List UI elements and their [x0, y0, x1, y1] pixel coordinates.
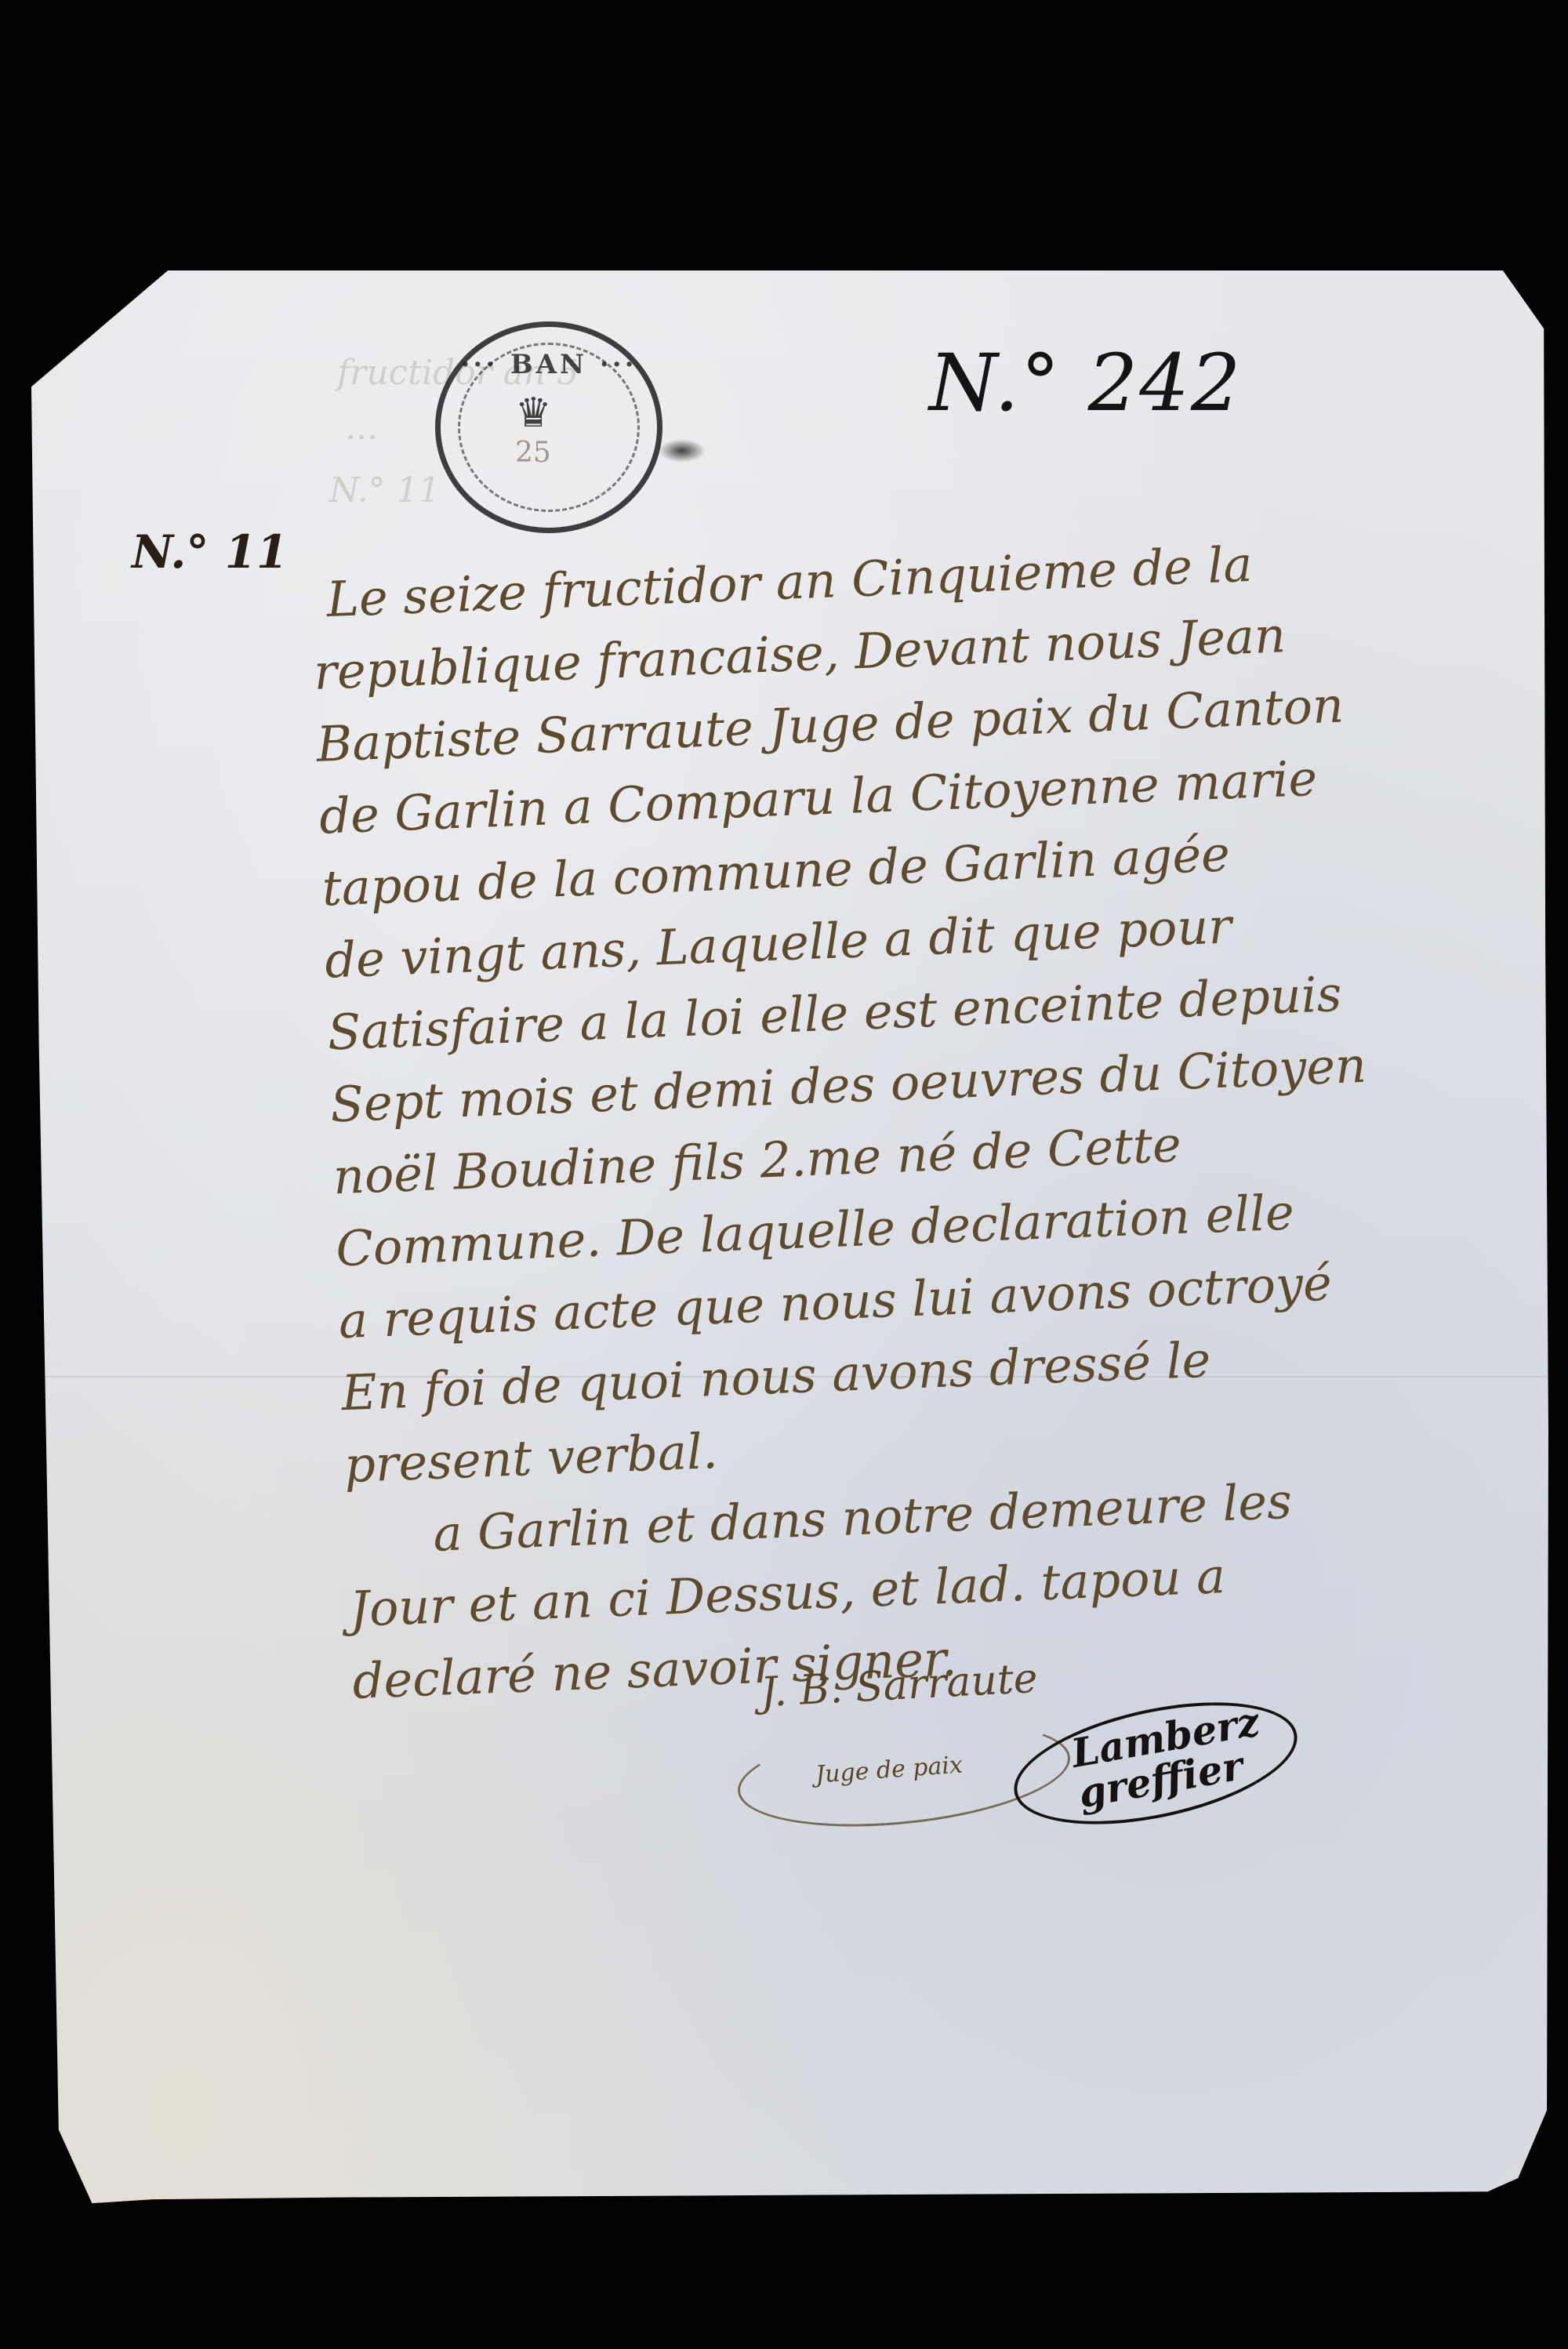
document-number: N.° 242 [929, 337, 1243, 429]
clerk-signature-text: Lamberz greffier [1069, 1701, 1269, 1814]
margin-number-text: N.° 11 [132, 525, 288, 579]
stamp-number: 25 [515, 437, 551, 469]
ink-smudge [659, 439, 706, 463]
crown-icon: ♛ [515, 390, 552, 437]
stamp-top-text: ··· BAN ··· [441, 349, 657, 380]
declaration-body: Le seize fructidor an Cinquieme de la re… [310, 519, 1529, 1717]
postal-stamp: ··· BAN ··· ♛ 25 [435, 321, 662, 533]
document-scan: fructidor an 5 ... N.° 11 ··· BAN ··· ♛ … [0, 0, 1568, 2349]
margin-number: N.° 11 [132, 525, 288, 579]
clerk-signature: Lamberz greffier [1011, 1686, 1341, 1827]
ghost-text-line: N.° 11 [329, 470, 441, 510]
ghost-text-line: ... [345, 408, 378, 448]
